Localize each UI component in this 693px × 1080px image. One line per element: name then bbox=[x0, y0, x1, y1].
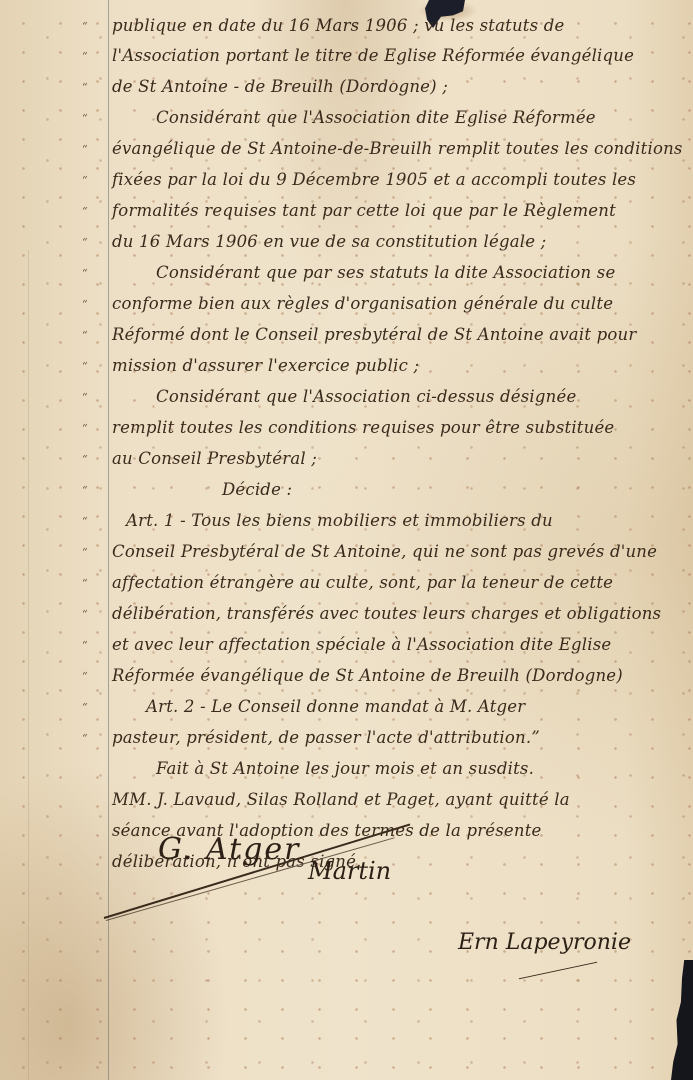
text-line: Considérant que l'Association dite Eglis… bbox=[156, 108, 687, 127]
text-line: évangélique de St Antoine-de-Breuilh rem… bbox=[112, 139, 687, 158]
ditto-mark: “ bbox=[82, 577, 88, 590]
bottom-right-torn-edge bbox=[671, 960, 693, 1080]
text-line: délibération, transférés avec toutes leu… bbox=[112, 604, 687, 623]
ditto-mark: “ bbox=[82, 546, 88, 559]
ditto-mark: “ bbox=[82, 112, 88, 125]
ditto-mark: “ bbox=[82, 639, 88, 652]
text-line: conforme bien aux règles d'organisation … bbox=[112, 294, 687, 313]
ditto-mark: “ bbox=[82, 391, 88, 404]
text-line: pasteur, président, de passer l'acte d'a… bbox=[112, 728, 687, 747]
document-page: “publique en date du 16 Mars 1906 ; vu l… bbox=[0, 0, 693, 1080]
text-line: Réformé dont le Conseil presbytéral de S… bbox=[112, 325, 687, 344]
signature-martin: Martin bbox=[308, 857, 391, 885]
text-line: Art. 2 - Le Conseil donne mandat à M. At… bbox=[146, 697, 687, 716]
faint-fold-line bbox=[28, 250, 29, 1080]
text-line: formalités requises tant par cette loi q… bbox=[112, 201, 687, 220]
ditto-mark: “ bbox=[82, 329, 88, 342]
text-line: Considérant que par ses statuts la dite … bbox=[156, 263, 687, 282]
signature-lapeyronie: Ern Lapeyronie bbox=[458, 930, 631, 955]
text-line: remplit toutes les conditions requises p… bbox=[112, 418, 687, 437]
text-line: affectation étrangère au culte, sont, pa… bbox=[112, 573, 687, 592]
signature-atger: G. Atger bbox=[158, 832, 300, 867]
ditto-mark: “ bbox=[82, 453, 88, 466]
ditto-mark: “ bbox=[82, 174, 88, 187]
text-line: Conseil Presbytéral de St Antoine, qui n… bbox=[112, 542, 687, 561]
text-line: l'Association portant le titre de Eglise… bbox=[112, 46, 687, 65]
ditto-mark: “ bbox=[82, 143, 88, 156]
ditto-mark: “ bbox=[82, 422, 88, 435]
ditto-mark: “ bbox=[82, 515, 88, 528]
text-line: fixées par la loi du 9 Décembre 1905 et … bbox=[112, 170, 687, 189]
ditto-mark: “ bbox=[82, 50, 88, 63]
ditto-mark: “ bbox=[82, 205, 88, 218]
ditto-mark: “ bbox=[82, 236, 88, 249]
text-line: Art. 1 - Tous les biens mobiliers et imm… bbox=[126, 511, 687, 530]
text-line: Réformée évangélique de St Antoine de Br… bbox=[112, 666, 687, 685]
text-line: mission d'assurer l'exercice public ; bbox=[112, 356, 687, 375]
ditto-mark: “ bbox=[82, 608, 88, 621]
ditto-mark: “ bbox=[82, 20, 88, 33]
ditto-mark: “ bbox=[82, 670, 88, 683]
ditto-mark: “ bbox=[82, 360, 88, 373]
text-line: Fait à St Antoine les jour mois et an su… bbox=[156, 759, 687, 778]
text-line: de St Antoine - de Breuilh (Dordogne) ; bbox=[112, 77, 687, 96]
ditto-mark: “ bbox=[82, 732, 88, 745]
text-line: Décide : bbox=[222, 480, 687, 499]
ditto-mark: “ bbox=[82, 701, 88, 714]
text-line: et avec leur affectation spéciale à l'As… bbox=[112, 635, 687, 654]
text-line: MM. J. Lavaud, Silas Rolland et Paget, a… bbox=[112, 790, 687, 809]
text-line: du 16 Mars 1906 en vue de sa constitutio… bbox=[112, 232, 687, 251]
text-line: Considérant que l'Association ci-dessus … bbox=[156, 387, 687, 406]
ditto-mark: “ bbox=[82, 267, 88, 280]
ditto-mark: “ bbox=[82, 298, 88, 311]
signature-underline bbox=[519, 962, 597, 980]
text-line: au Conseil Presbytéral ; bbox=[112, 449, 687, 468]
ditto-mark: “ bbox=[82, 81, 88, 94]
text-line: publique en date du 16 Mars 1906 ; vu le… bbox=[112, 16, 687, 35]
ditto-mark: “ bbox=[82, 484, 88, 497]
